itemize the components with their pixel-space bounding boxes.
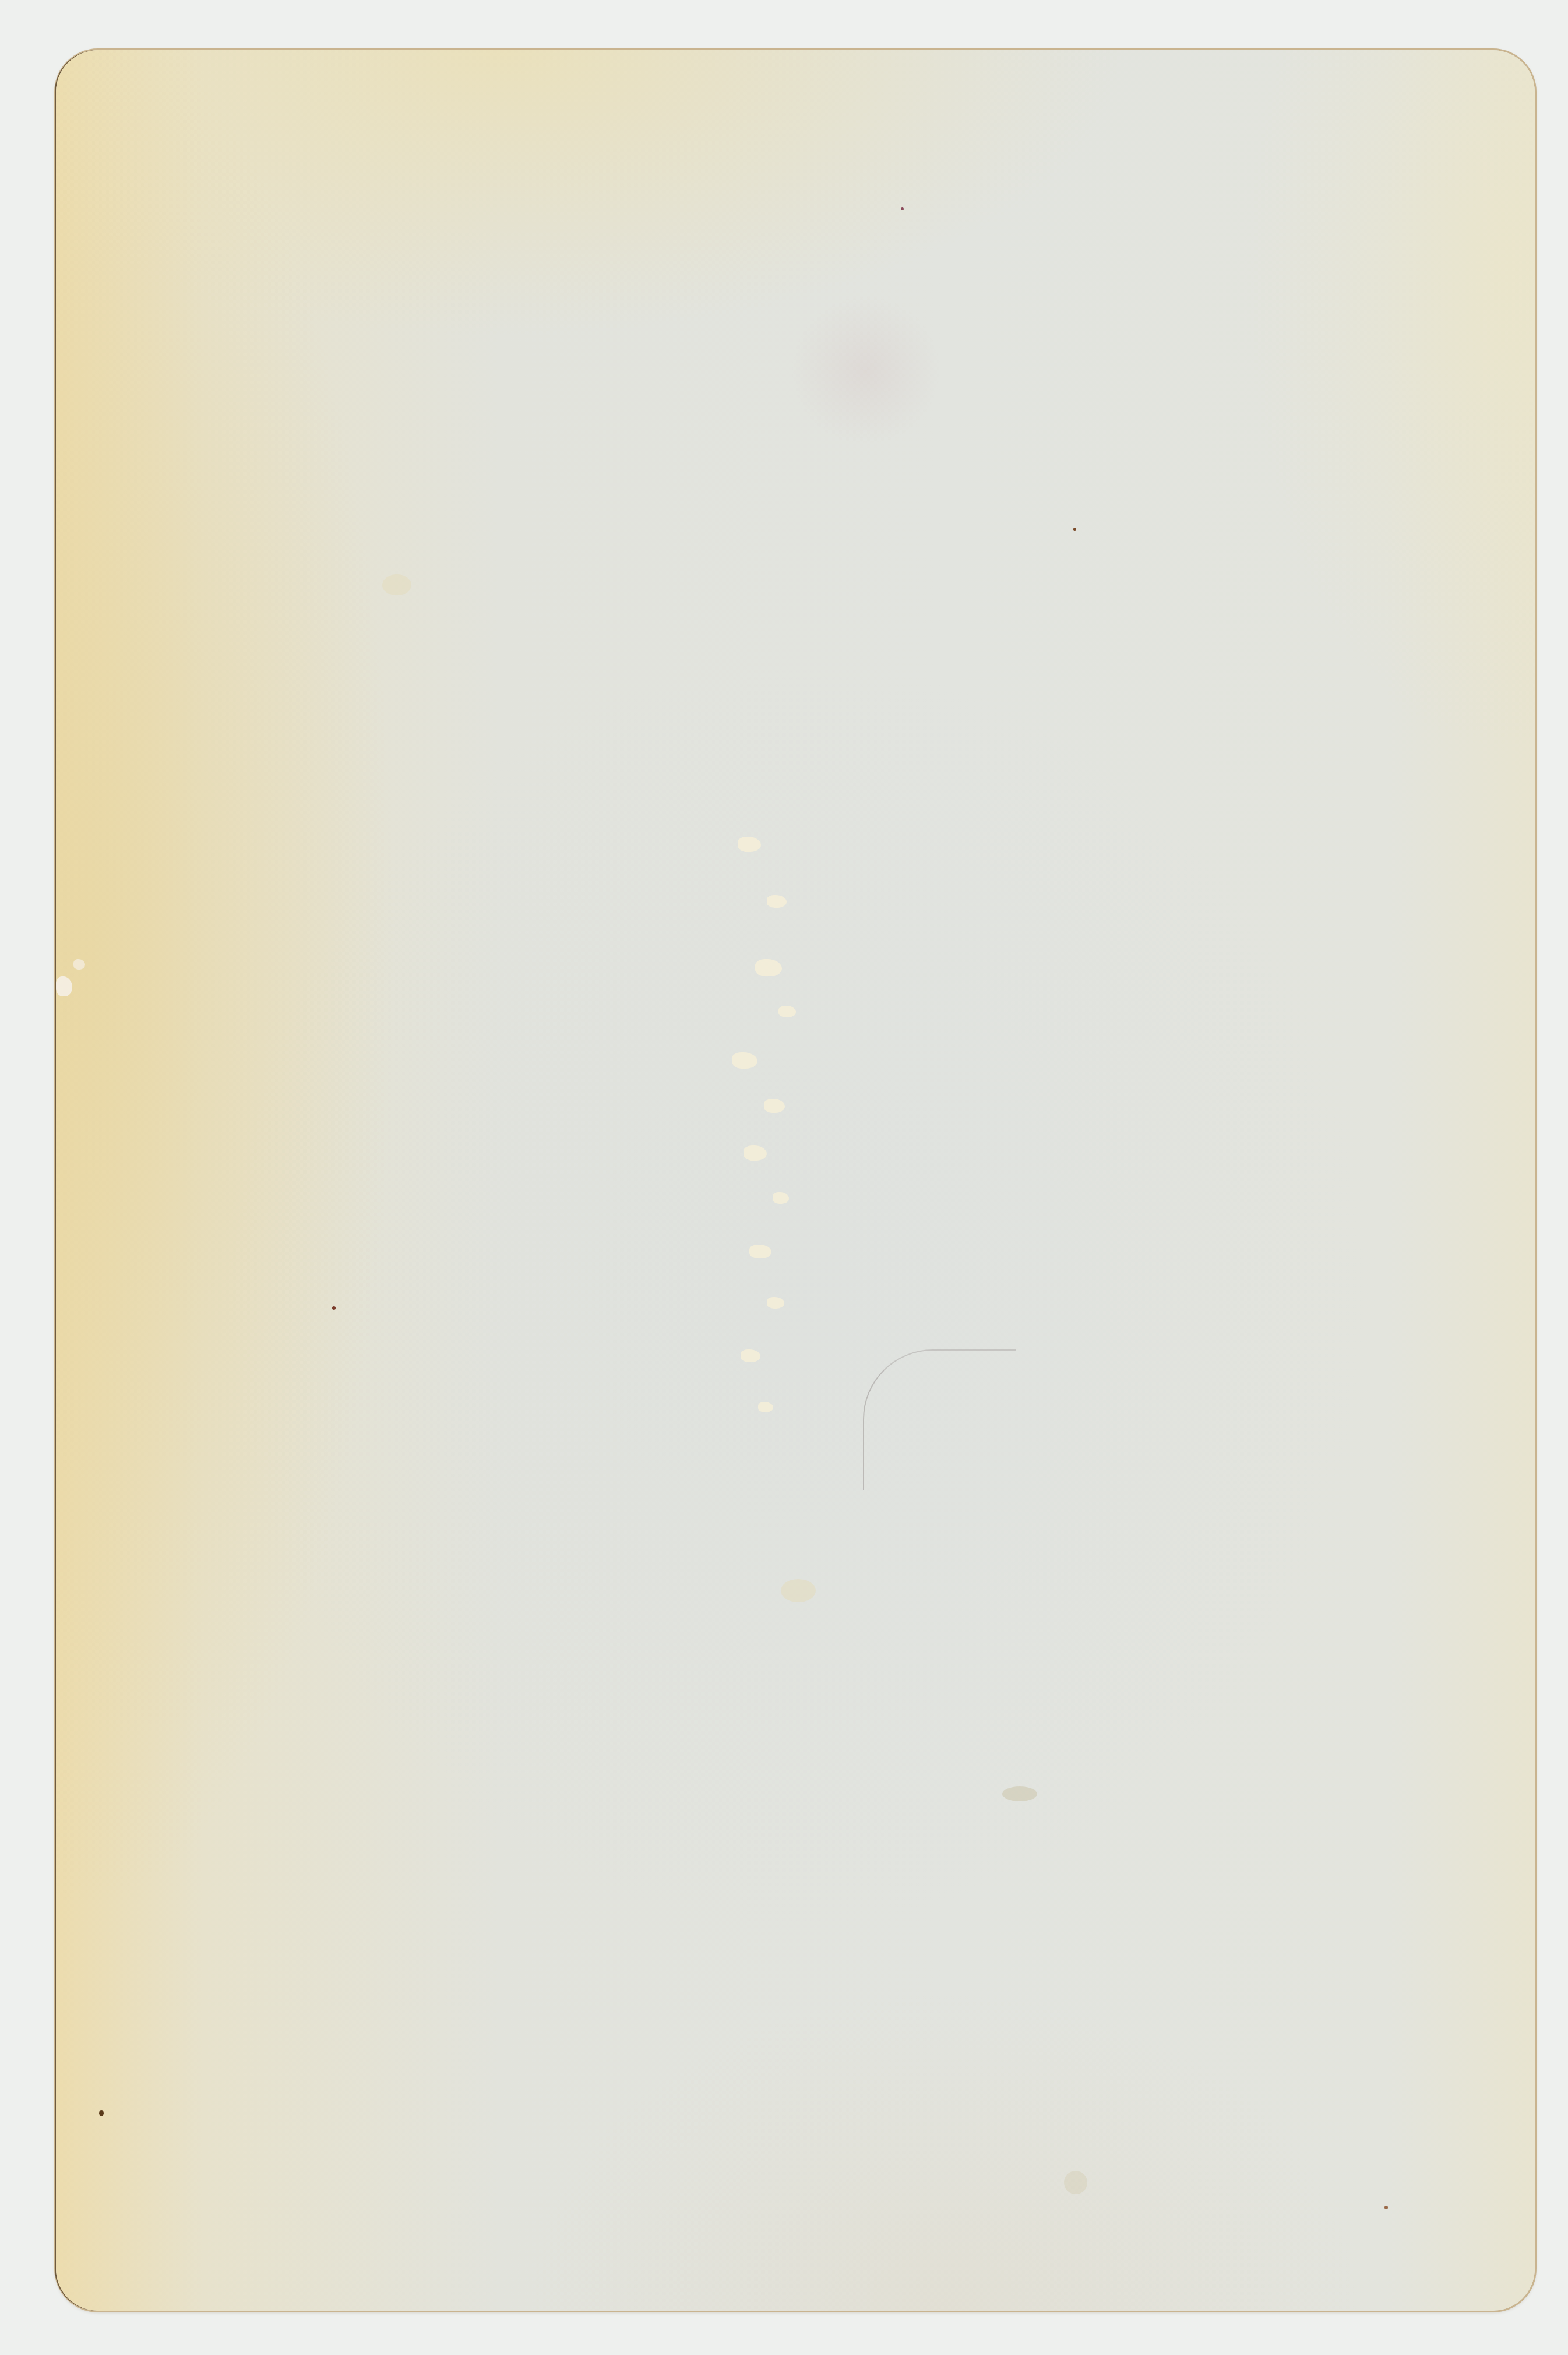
foxing-spot [1002, 1786, 1037, 1801]
surface-flake [738, 837, 761, 852]
surface-flake [744, 1145, 767, 1161]
foxing-spot [781, 1579, 816, 1602]
surface-flake [749, 1245, 771, 1258]
surface-flake [732, 1052, 757, 1069]
surface-flake [767, 895, 787, 908]
surface-flake [758, 1402, 773, 1412]
surface-flake [773, 1192, 789, 1204]
surface-flake [741, 1349, 760, 1362]
edge-chip [73, 959, 85, 970]
foxing-spot [382, 574, 411, 595]
foxing-spot [332, 1306, 336, 1310]
foxing-spot [1384, 2206, 1388, 2209]
surface-flake [755, 959, 782, 976]
surface-flake [778, 1006, 796, 1017]
faint-stamp-offset [790, 295, 942, 446]
cabinet-card-back [56, 50, 1535, 2311]
surface-flake [767, 1297, 784, 1309]
foxing-spot [901, 207, 904, 210]
foxing-spot [1073, 528, 1076, 531]
foxing-spot [1064, 2171, 1087, 2194]
edge-chip [56, 976, 72, 996]
foxing-spot [99, 2110, 104, 2116]
surface-flake [764, 1099, 785, 1113]
faint-scratch [863, 1349, 1016, 1490]
